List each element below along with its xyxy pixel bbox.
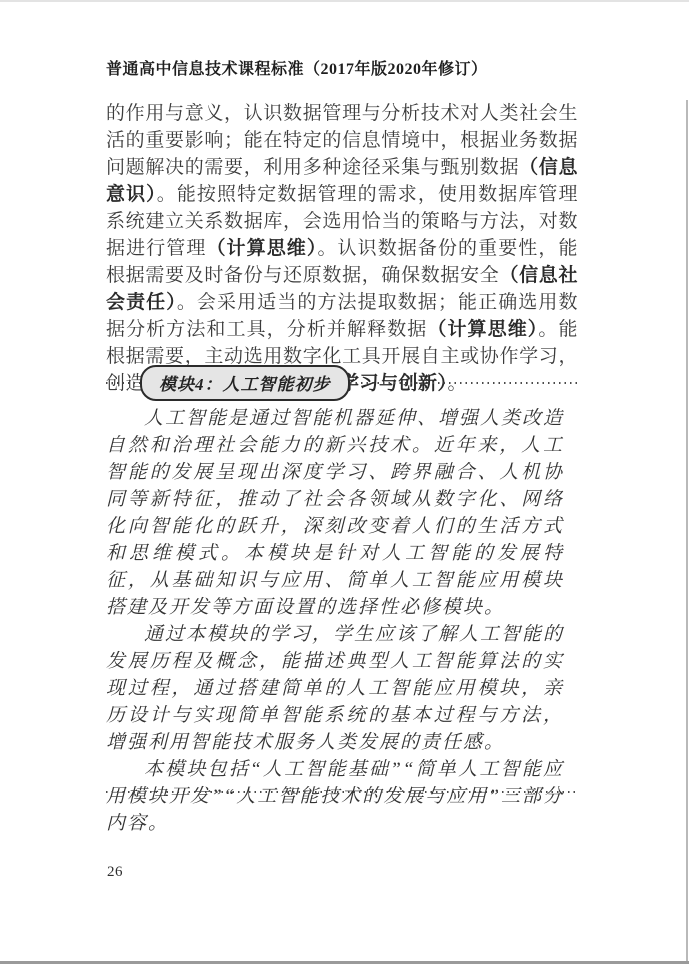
text-segment: 的作用与意义，认识数据管理与分析技术对人类社会生活的重要影响；能在特定的信息情境… [106, 103, 578, 178]
intro-paragraph: 的作用与意义，认识数据管理与分析技术对人类社会生活的重要影响；能在特定的信息情境… [106, 100, 578, 397]
running-header: 普通高中信息技术课程标准（2017年版2020年修订） [106, 56, 578, 79]
scan-edge-right [686, 100, 688, 964]
page-number: 26 [107, 864, 123, 881]
dotted-leader-left [106, 382, 140, 384]
scan-edge-top [0, 0, 689, 2]
module-paragraph-2: 通过本模块的学习，学生应该了解人工智能的发展历程及概念，能描述典型人工智能算法的… [106, 621, 564, 756]
dotted-leader-right [350, 382, 579, 384]
module-paragraph-1: 人工智能是通过智能机器延伸、增强人类改造自然和治理社会能力的新兴技术。近年来，人… [106, 405, 564, 621]
module-heading: 模块4：人工智能初步 [106, 366, 578, 400]
module-title-badge: 模块4：人工智能初步 [140, 365, 350, 401]
text-segment: （计算思维） [427, 319, 538, 340]
section-end-dotted-rule [106, 791, 578, 793]
module-body: 人工智能是通过智能机器延伸、增强人类改造自然和治理社会能力的新兴技术。近年来，人… [106, 405, 564, 837]
document-page: 普通高中信息技术课程标准（2017年版2020年修订） 的作用与意义，认识数据管… [0, 0, 689, 964]
module-paragraph-3: 本模块包括“人工智能基础”“简单人工智能应用模块开发”“人工智能技术的发展与应用… [106, 756, 564, 837]
text-segment: （计算思维） [206, 238, 317, 259]
